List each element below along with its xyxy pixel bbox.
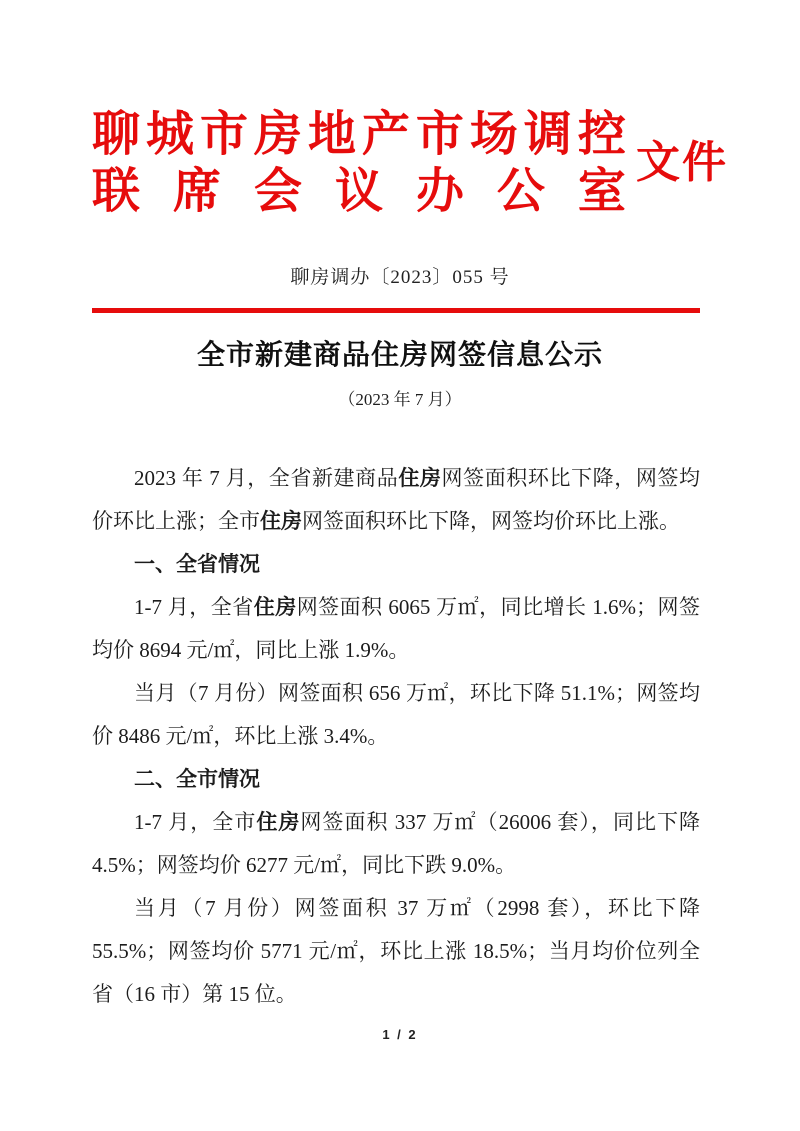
red-separator-line [92,308,700,313]
paragraph-province-ytd: 1-7 月，全省住房网签面积 6065 万㎡，同比增长 1.6%；网签均价 86… [92,586,700,672]
paragraph-province-month: 当月（7 月份）网签面积 656 万㎡，环比下降 51.1%；网签均价 8486… [92,672,700,758]
doc-number: 聊房调办〔2023〕055 号 [0,262,800,289]
letterhead: 聊城市房地产市场调控 联席会议办公室 文件 [92,106,712,220]
document-word: 文件 [636,139,728,187]
page-number: 1 / 2 [0,1027,800,1042]
paragraph-city-month: 当月（7 月份）网签面积 37 万㎡（2998 套），环比下降 55.5%；网签… [92,887,700,1016]
org-name-line1: 聊城市房地产市场调控 [92,106,626,163]
org-name-line2: 联席会议办公室 [92,163,626,220]
doc-subtitle: （2023 年 7 月） [0,385,800,410]
section-heading-province: 一、全省情况 [92,543,700,586]
paragraph-intro: 2023 年 7 月，全省新建商品住房网签面积环比下降，网签均价环比上涨；全市住… [92,457,700,543]
doc-title: 全市新建商品住房网签信息公示 [0,338,800,372]
paragraph-city-ytd: 1-7 月，全市住房网签面积 337 万㎡（26006 套），同比下降 4.5%… [92,801,700,887]
org-name: 聊城市房地产市场调控 联席会议办公室 [92,106,626,220]
section-heading-city: 二、全市情况 [92,758,700,801]
doc-body: 2023 年 7 月，全省新建商品住房网签面积环比下降，网签均价环比上涨；全市住… [92,457,700,1016]
document-page: 聊城市房地产市场调控 联席会议办公室 文件 聊房调办〔2023〕055 号 全市… [0,0,800,1131]
